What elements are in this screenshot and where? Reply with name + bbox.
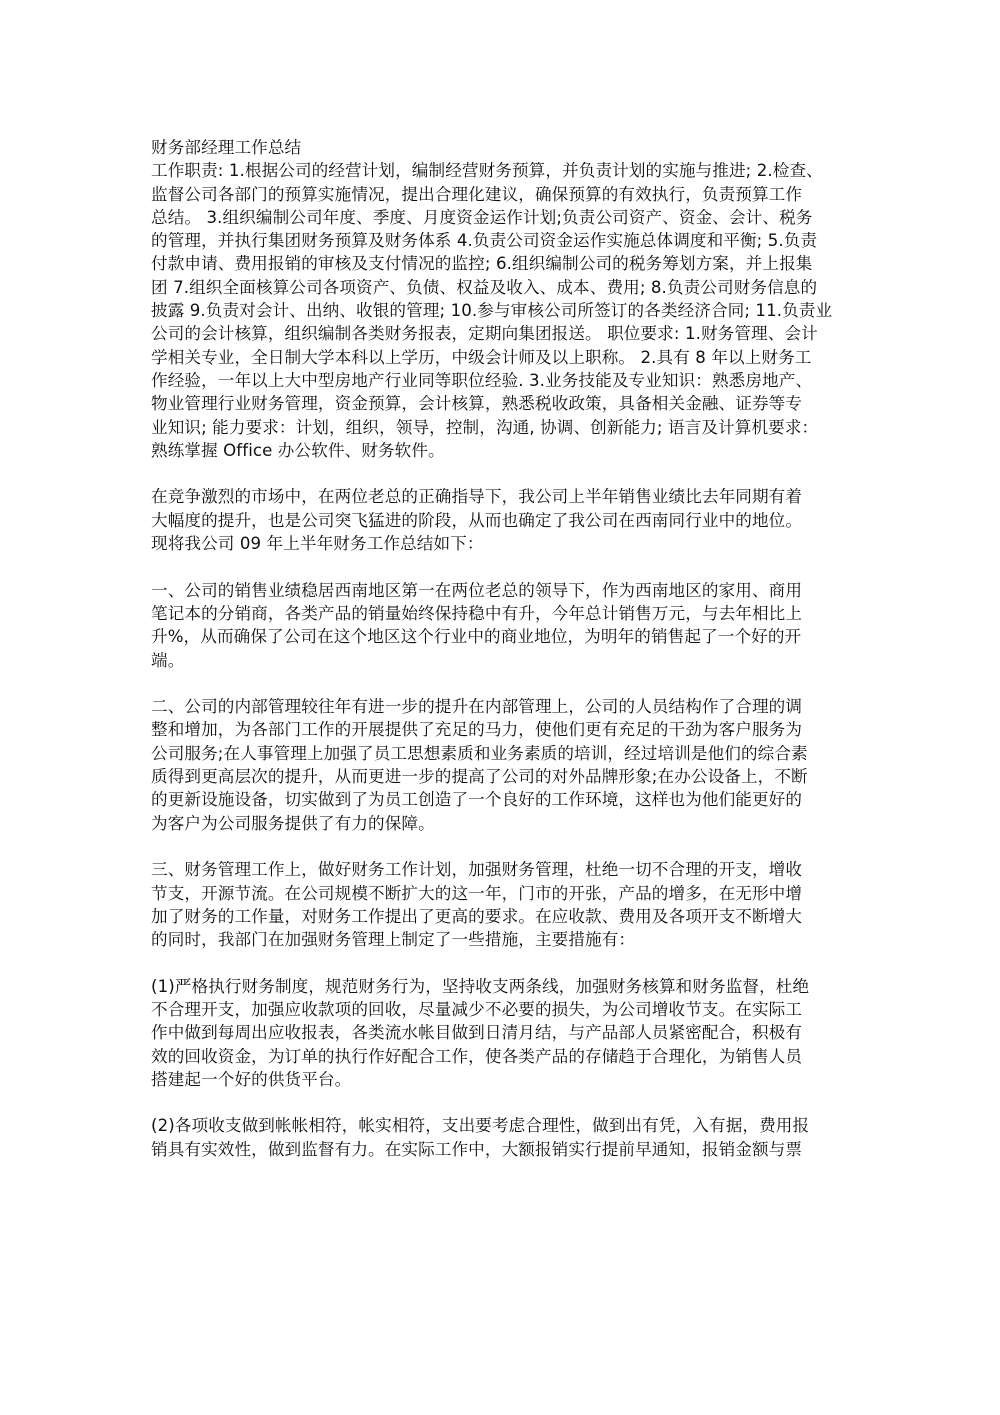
text-line: 端。 — [151, 649, 863, 672]
text-line: 团 7.组织全面核算公司各项资产、负债、权益及收入、成本、费用; 8.负责公司财… — [151, 276, 863, 299]
text-line: 搭建起一个好的供货平台。 — [151, 1068, 863, 1091]
text-line: 学相关专业，全日制大学本科以上学历，中级会计师及以上职称。 2.具有 8 年以上… — [151, 346, 863, 369]
text-line: (1)严格执行财务制度，规范财务行为，坚持收支两条线，加强财务核算和财务监督，杜… — [151, 975, 863, 998]
paragraph-spacer — [151, 951, 863, 974]
paragraph-spacer — [151, 462, 863, 485]
text-line: 的管理，并执行集团财务预算及财务体系 4.负责公司资金运作实施总体调度和平衡; … — [151, 229, 863, 252]
text-line: 笔记本的分销商，各类产品的销量始终保持稳中有升，今年总计销售万元，与去年相比上 — [151, 602, 863, 625]
text-line: 的同时，我部门在加强财务管理上制定了一些措施，主要措施有： — [151, 928, 863, 951]
text-line: 二、公司的内部管理较往年有进一步的提升在内部管理上，公司的人员结构作了合理的调 — [151, 695, 863, 718]
paragraph-spacer — [151, 1091, 863, 1114]
paragraph-spacer — [151, 672, 863, 695]
text-line: 销具有实效性，做到监督有力。在实际工作中，大额报销实行提前早通知，报销金额与票 — [151, 1138, 863, 1161]
paragraph-section-2: 二、公司的内部管理较往年有进一步的提升在内部管理上，公司的人员结构作了合理的调 … — [151, 695, 863, 835]
paragraph-section-3: 三、财务管理工作上，做好财务工作计划，加强财务管理，杜绝一切不合理的开支，增收 … — [151, 858, 863, 951]
text-line: 一、公司的销售业绩稳居西南地区第一在两位老总的领导下，作为西南地区的家用、商用 — [151, 579, 863, 602]
text-line: 质得到更高层次的提升，从而更进一步的提高了公司的对外品牌形象;在办公设备上，不断 — [151, 765, 863, 788]
text-line: 总结。 3.组织编制公司年度、季度、月度资金运作计划;负责公司资产、资金、会计、… — [151, 206, 863, 229]
paragraph-job-description: 工作职责: 1.根据公司的经营计划，编制经营财务预算，并负责计划的实施与推进; … — [151, 159, 863, 462]
text-line: 现将我公司 09 年上半年财务工作总结如下： — [151, 532, 863, 555]
text-line: 在竞争激烈的市场中，在两位老总的正确指导下，我公司上半年销售业绩比去年同期有着 — [151, 485, 863, 508]
text-line: 作中做到每周出应收报表，各类流水帐目做到日清月结，与产品部人员紧密配合，积极有 — [151, 1021, 863, 1044]
text-line: 披露 9.负责对会计、出纳、收银的管理; 10.参与审核公司所签订的各类经济合同… — [151, 299, 863, 322]
text-line: 业知识; 能力要求：计划，组织，领导，控制，沟通, 协调、创新能力; 语言及计算… — [151, 416, 863, 439]
text-line: 物业管理行业财务管理，资金预算，会计核算，熟悉税收政策，具备相关金融、证券等专 — [151, 392, 863, 415]
text-line: 熟练掌握 Office 办公软件、财务软件。 — [151, 439, 863, 462]
paragraph-section-1: 一、公司的销售业绩稳居西南地区第一在两位老总的领导下，作为西南地区的家用、商用 … — [151, 579, 863, 672]
text-line: 整和增加，为各部门工作的开展提供了充足的马力，使他们更有充足的干劲为客户服务为 — [151, 718, 863, 741]
text-line: 不合理开支，加强应收款项的回收，尽量减少不必要的损失，为公司增收节支。在实际工 — [151, 998, 863, 1021]
paragraph-spacer — [151, 835, 863, 858]
paragraph-measure-2: (2)各项收支做到帐帐相符，帐实相符，支出要考虑合理性，做到出有凭，入有据，费用… — [151, 1114, 863, 1161]
paragraph-intro: 在竞争激烈的市场中，在两位老总的正确指导下，我公司上半年销售业绩比去年同期有着 … — [151, 485, 863, 555]
text-line: 三、财务管理工作上，做好财务工作计划，加强财务管理，杜绝一切不合理的开支，增收 — [151, 858, 863, 881]
text-line: 效的回收资金，为订单的执行作好配合工作，使各类产品的存储趋于合理化，为销售人员 — [151, 1045, 863, 1068]
text-line: 的更新设施设备，切实做到了为员工创造了一个良好的工作环境，这样也为他们能更好的 — [151, 788, 863, 811]
document-page: 财务部经理工作总结 工作职责: 1.根据公司的经营计划，编制经营财务预算，并负责… — [151, 136, 863, 1161]
text-line: 作经验，一年以上大中型房地产行业同等职位经验. 3.业务技能及专业知识：熟悉房地… — [151, 369, 863, 392]
text-line: 节支，开源节流。在公司规模不断扩大的这一年，门市的开张，产品的增多，在无形中增 — [151, 882, 863, 905]
paragraph-measure-1: (1)严格执行财务制度，规范财务行为，坚持收支两条线，加强财务核算和财务监督，杜… — [151, 975, 863, 1091]
paragraph-spacer — [151, 555, 863, 578]
text-line: 工作职责: 1.根据公司的经营计划，编制经营财务预算，并负责计划的实施与推进; … — [151, 159, 863, 182]
text-line: 付款申请、费用报销的审核及支付情况的监控; 6.组织编制公司的税务筹划方案，并上… — [151, 252, 863, 275]
text-line: 大幅度的提升，也是公司突飞猛进的阶段，从而也确定了我公司在西南同行业中的地位。 — [151, 509, 863, 532]
text-line: 监督公司各部门的预算实施情况，提出合理化建议，确保预算的有效执行，负责预算工作 — [151, 183, 863, 206]
text-line: 公司的会计核算，组织编制各类财务报表，定期向集团报送。 职位要求: 1.财务管理… — [151, 322, 863, 345]
text-line: 为客户为公司服务提供了有力的保障。 — [151, 812, 863, 835]
text-line: (2)各项收支做到帐帐相符，帐实相符，支出要考虑合理性，做到出有凭，入有据，费用… — [151, 1114, 863, 1137]
document-title: 财务部经理工作总结 — [151, 136, 863, 159]
text-line: 公司服务;在人事管理上加强了员工思想素质和业务素质的培训，经过培训是他们的综合素 — [151, 742, 863, 765]
text-line: 加了财务的工作量，对财务工作提出了更高的要求。在应收款、费用及各项开支不断增大 — [151, 905, 863, 928]
text-line: 升%，从而确保了公司在这个地区这个行业中的商业地位，为明年的销售起了一个好的开 — [151, 625, 863, 648]
